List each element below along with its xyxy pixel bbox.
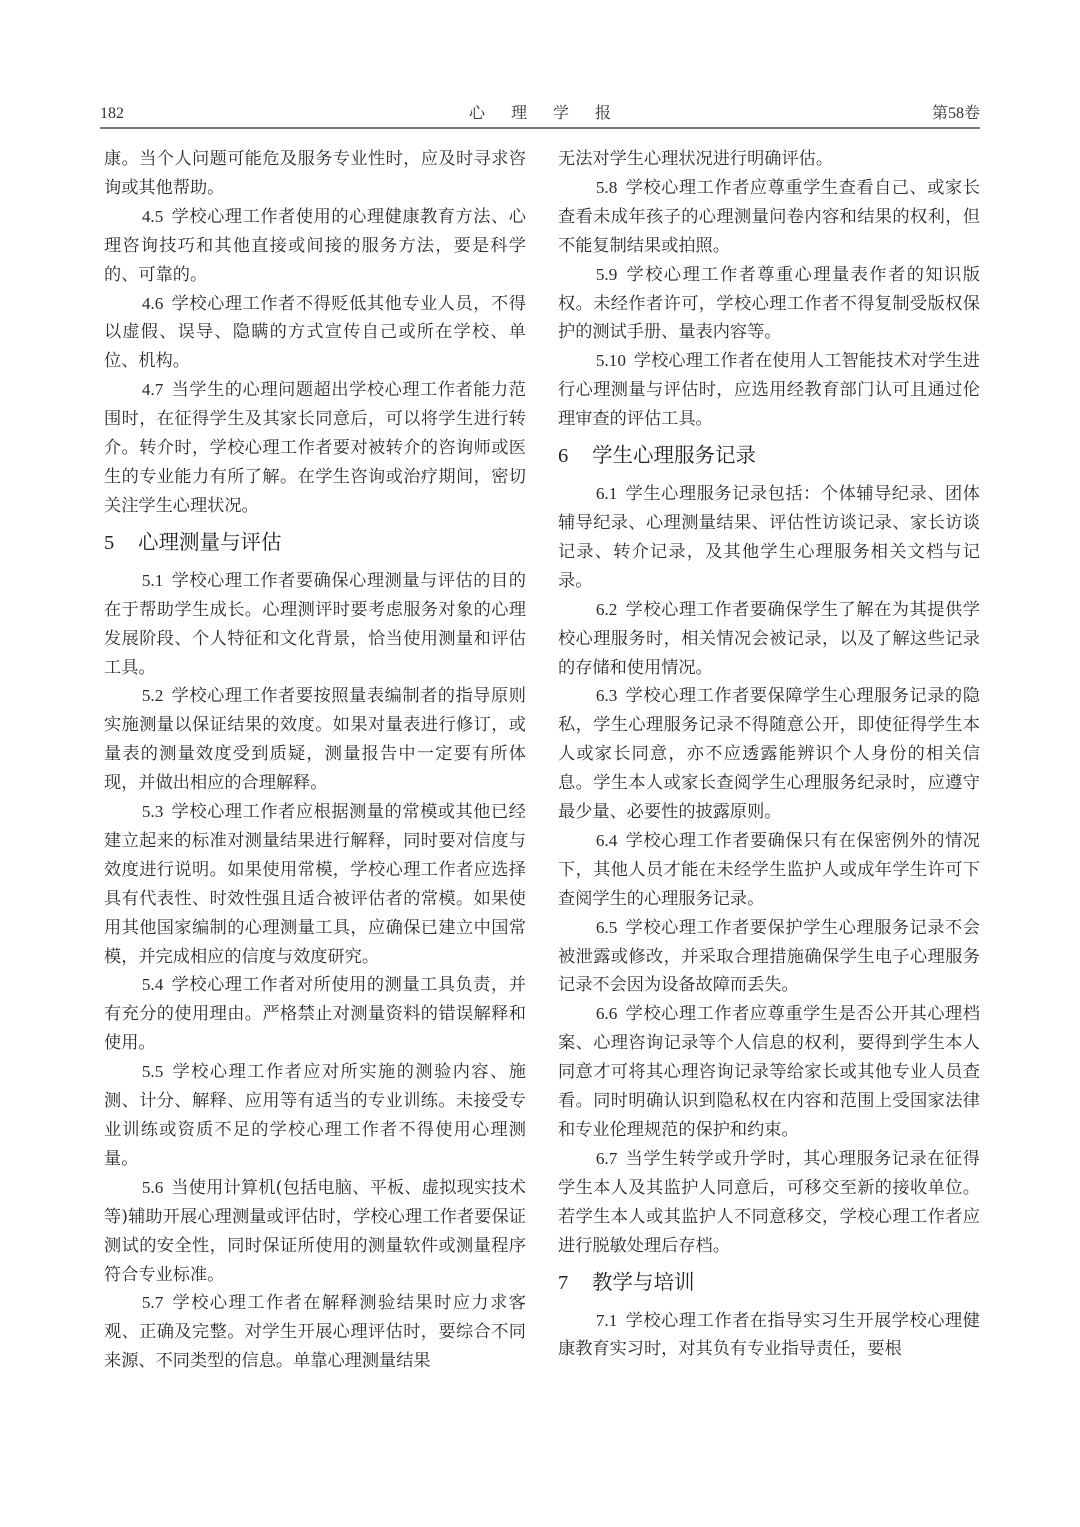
clause-number: 5.8 <box>596 178 617 197</box>
clause-number: 4.5 <box>142 207 163 226</box>
clause-text: 学校心理工作者应尊重学生是否公开其心理档案、心理咨询记录等个人信息的权利，要得到… <box>558 1004 980 1140</box>
running-header: 182 心理学报 第58卷 <box>100 102 980 126</box>
paragraph-5-6: 5.6当使用计算机(包括电脑、平板、虚拟现实技术等)辅助开展心理测量或评估时，学… <box>104 1174 526 1290</box>
paragraph-5-2: 5.2学校心理工作者要按照量表编制者的指导原则实施测量以保证结果的效度。如果对量… <box>104 682 526 798</box>
clause-number: 5.6 <box>142 1178 163 1197</box>
clause-text: 学校心理工作者要确保只有在保密例外的情况下，其他人员才能在未经学生监护人或成年学… <box>558 831 980 909</box>
section-number: 6 <box>558 441 592 471</box>
paragraph-4-7: 4.7当学生的心理问题超出学校心理工作者能力范围时，在征得学生及其家长同意后，可… <box>104 376 526 521</box>
clause-text: 学校心理工作者应对所实施的测验内容、施测、计分、解释、应用等有适当的专业训练。未… <box>104 1062 526 1169</box>
clause-text: 学校心理工作者要保护学生心理服务记录不会被泄露或修改，并采取合理措施确保学生电子… <box>558 918 980 996</box>
paragraph-6-2: 6.2学校心理工作者要确保学生了解在为其提供学校心理服务时，相关情况会被记录，以… <box>558 596 980 683</box>
section-title-text: 学生心理服务记录 <box>592 443 756 467</box>
clause-text: 学校心理工作者使用的心理健康教育方法、心理咨询技巧和其他直接或间接的服务方法，要… <box>104 207 526 285</box>
clause-text: 当使用计算机(包括电脑、平板、虚拟现实技术等)辅助开展心理测量或评估时，学校心理… <box>104 1178 526 1285</box>
section-heading-5: 5心理测量与评估 <box>104 527 526 558</box>
paragraph-6-6: 6.6学校心理工作者应尊重学生是否公开其心理档案、心理咨询记录等个人信息的权利，… <box>558 1000 980 1145</box>
clause-number: 6.1 <box>596 484 617 503</box>
clause-number: 5.3 <box>142 802 163 821</box>
clause-text: 学校心理工作者不得贬低其他专业人员，不得以虚假、误导、隐瞒的方式宣传自己或所在学… <box>104 294 526 372</box>
clause-text: 当学生转学或升学时，其心理服务记录在征得学生本人及其监护人同意后，可移交至新的接… <box>558 1149 980 1256</box>
clause-number: 5.2 <box>142 686 163 705</box>
paragraph-7-1: 7.1学校心理工作者在指导实习生开展学校心理健康教育实习时，对其负有专业指导责任… <box>558 1307 980 1365</box>
clause-number: 7.1 <box>596 1311 617 1330</box>
paragraph-5-7-continued: 无法对学生心理状况进行明确评估。 <box>558 145 980 174</box>
paragraph-5-10: 5.10学校心理工作者在使用人工智能技术对学生进行心理测量与评估时，应选用经教育… <box>558 347 980 434</box>
clause-text: 学生心理服务记录包括：个体辅导纪录、团体辅导纪录、心理测量结果、评估性访谈记录、… <box>558 484 980 591</box>
clause-text: 学校心理工作者在解释测验结果时应力求客观、正确及完整。对学生开展心理评估时，要综… <box>104 1293 526 1371</box>
paragraph-6-5: 6.5学校心理工作者要保护学生心理服务记录不会被泄露或修改，并采取合理措施确保学… <box>558 914 980 1001</box>
section-number: 7 <box>558 1268 592 1298</box>
clause-text: 学校心理工作者应根据测量的常模或其他已经建立起来的标准对测量结果进行解释，同时要… <box>104 802 526 967</box>
clause-text: 学校心理工作者要确保心理测量与评估的目的在于帮助学生成长。心理测评时要考虑服务对… <box>104 571 526 678</box>
clause-text: 学校心理工作者要保障学生心理服务记录的隐私，学生心理服务记录不得随意公开，即使征… <box>558 686 980 822</box>
volume-label: 第58卷 <box>932 102 980 126</box>
clause-number: 6.7 <box>596 1149 617 1168</box>
clause-text: 当学生的心理问题超出学校心理工作者能力范围时，在征得学生及其家长同意后，可以将学… <box>104 380 526 516</box>
paragraph-4-6: 4.6学校心理工作者不得贬低其他专业人员，不得以虚假、误导、隐瞒的方式宣传自己或… <box>104 290 526 377</box>
clause-number: 5.4 <box>142 975 163 994</box>
paragraph-6-4: 6.4学校心理工作者要确保只有在保密例外的情况下，其他人员才能在未经学生监护人或… <box>558 827 980 914</box>
clause-text: 学校心理工作者要按照量表编制者的指导原则实施测量以保证结果的效度。如果对量表进行… <box>104 686 526 793</box>
paragraph-continued: 康。当个人问题可能危及服务专业性时，应及时寻求咨询或其他帮助。 <box>104 145 526 203</box>
paragraph-6-7: 6.7当学生转学或升学时，其心理服务记录在征得学生本人及其监护人同意后，可移交至… <box>558 1145 980 1261</box>
paragraph-6-1: 6.1学生心理服务记录包括：个体辅导纪录、团体辅导纪录、心理测量结果、评估性访谈… <box>558 480 980 596</box>
paragraph-4-5: 4.5学校心理工作者使用的心理健康教育方法、心理咨询技巧和其他直接或间接的服务方… <box>104 203 526 290</box>
paragraph-5-7: 5.7学校心理工作者在解释测验结果时应力求客观、正确及完整。对学生开展心理评估时… <box>104 1289 526 1376</box>
paragraph-5-5: 5.5学校心理工作者应对所实施的测验内容、施测、计分、解释、应用等有适当的专业训… <box>104 1058 526 1174</box>
paragraph-5-4: 5.4学校心理工作者对所使用的测量工具负责，并有充分的使用理由。严格禁止对测量资… <box>104 971 526 1058</box>
section-heading-6: 6学生心理服务记录 <box>558 440 980 471</box>
paragraph-6-3: 6.3学校心理工作者要保障学生心理服务记录的隐私，学生心理服务记录不得随意公开，… <box>558 682 980 827</box>
paragraph-5-3: 5.3学校心理工作者应根据测量的常模或其他已经建立起来的标准对测量结果进行解释，… <box>104 798 526 971</box>
clause-text: 学校心理工作者尊重心理量表作者的知识版权。未经作者许可，学校心理工作者不得复制受… <box>558 265 980 343</box>
clause-number: 4.7 <box>142 380 163 399</box>
paragraph-5-8: 5.8学校心理工作者应尊重学生查看自己、或家长查看未成年孩子的心理测量问卷内容和… <box>558 174 980 261</box>
clause-number: 6.5 <box>596 918 617 937</box>
section-number: 5 <box>104 528 138 558</box>
clause-number: 6.2 <box>596 600 617 619</box>
clause-number: 5.10 <box>596 351 626 370</box>
journal-title: 心理学报 <box>100 102 980 126</box>
header-divider <box>100 127 980 129</box>
section-title-text: 心理测量与评估 <box>138 530 282 554</box>
section-heading-7: 7教学与培训 <box>558 1267 980 1298</box>
clause-number: 5.1 <box>142 571 163 590</box>
clause-text: 学校心理工作者在指导实习生开展学校心理健康教育实习时，对其负有专业指导责任，要根 <box>558 1311 980 1360</box>
section-title-text: 教学与培训 <box>592 1270 695 1294</box>
left-column: 康。当个人问题可能危及服务专业性时，应及时寻求咨询或其他帮助。 4.5学校心理工… <box>104 145 526 1376</box>
paragraph-5-9: 5.9学校心理工作者尊重心理量表作者的知识版权。未经作者许可，学校心理工作者不得… <box>558 261 980 348</box>
clause-number: 6.3 <box>596 686 617 705</box>
clause-number: 5.7 <box>142 1293 163 1312</box>
clause-text: 学校心理工作者应尊重学生查看自己、或家长查看未成年孩子的心理测量问卷内容和结果的… <box>558 178 980 256</box>
clause-number: 4.6 <box>142 294 163 313</box>
clause-text: 学校心理工作者要确保学生了解在为其提供学校心理服务时，相关情况会被记录，以及了解… <box>558 600 980 678</box>
right-column: 无法对学生心理状况进行明确评估。 5.8学校心理工作者应尊重学生查看自己、或家长… <box>558 145 980 1364</box>
clause-number: 6.4 <box>596 831 617 850</box>
clause-number: 5.5 <box>142 1062 163 1081</box>
clause-number: 5.9 <box>596 265 617 284</box>
clause-text: 学校心理工作者对所使用的测量工具负责，并有充分的使用理由。严格禁止对测量资料的错… <box>104 975 526 1053</box>
clause-number: 6.6 <box>596 1004 617 1023</box>
paragraph-5-1: 5.1学校心理工作者要确保心理测量与评估的目的在于帮助学生成长。心理测评时要考虑… <box>104 567 526 683</box>
